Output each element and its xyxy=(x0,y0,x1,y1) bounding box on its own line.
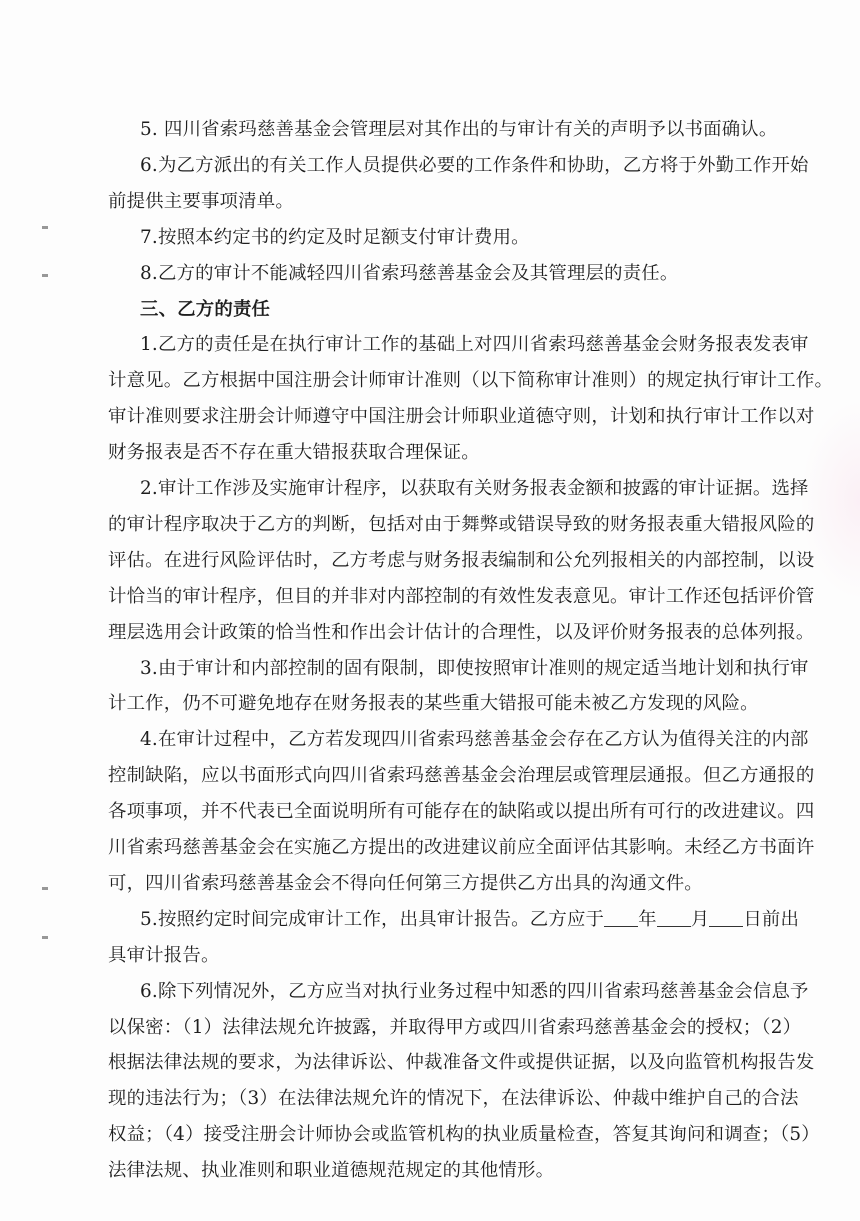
binding-mark xyxy=(42,226,48,229)
month-blank[interactable] xyxy=(657,910,691,927)
text-line: 6.为乙方派出的有关工作人员提供必要的工作条件和协助，乙方将于外勤工作开始 xyxy=(140,148,809,184)
text-line: 审计准则要求注册会计师遵守中国注册会计师职业道德守则，计划和执行审计工作以对 xyxy=(108,399,814,435)
deadline-prefix: 5.按照约定时间完成审计工作，出具审计报告。乙方应于 xyxy=(140,909,604,930)
day-blank[interactable] xyxy=(709,910,743,927)
text-line: 8.乙方的审计不能减轻四川省索玛慈善基金会及其管理层的责任。 xyxy=(140,256,679,292)
text-line: 具审计报告。 xyxy=(108,938,220,974)
text-line: 4.在审计过程中，乙方若发现四川省索玛慈善基金会存在乙方认为值得关注的内部 xyxy=(140,722,809,758)
text-line: 理层选用会计政策的恰当性和作出会计估计的合理性，以及评价财务报表的总体列报。 xyxy=(108,615,814,651)
binding-mark xyxy=(42,936,48,939)
text-line: 财务报表是否不存在重大错报获取合理保证。 xyxy=(108,435,480,471)
text-line: 各项事项，并不代表已全面说明所有可能存在的缺陷或以提出所有可行的改进建议。四 xyxy=(108,794,814,830)
text-line: 可，四川省索玛慈善基金会不得向任何第三方提供乙方出具的沟通文件。 xyxy=(108,866,703,902)
text-line: 根据法律法规的要求，为法律诉讼、仲裁准备文件或提供证据，以及向监管机构报告发 xyxy=(108,1045,814,1081)
month-label: 月 xyxy=(691,909,710,930)
binding-mark xyxy=(42,274,48,277)
text-line: 7.按照本约定书的约定及时足额支付审计费用。 xyxy=(140,220,530,256)
text-line: 计恰当的审计程序，但目的并非对内部控制的有效性发表意见。审计工作还包括评价管 xyxy=(108,579,814,615)
text-line: 现的违法行为；（3）在法律法规允许的情况下，在法律诉讼、仲裁中维护自己的合法 xyxy=(108,1081,799,1117)
year-blank[interactable] xyxy=(604,910,638,927)
text-line: 的审计程序取决于乙方的判断，包括对由于舞弊或错误导致的财务报表重大错报风险的 xyxy=(108,507,814,543)
text-line: 川省索玛慈善基金会在实施乙方提出的改进建议前应全面评估其影响。未经乙方书面许 xyxy=(108,830,814,866)
deadline-line: 5.按照约定时间完成审计工作，出具审计报告。乙方应于年月日前出 xyxy=(140,902,799,938)
text-line: 6.除下列情况外，乙方应当对执行业务过程中知悉的四川省索玛慈善基金会信息予 xyxy=(140,974,809,1010)
text-line: 计工作，仍不可避免地存在财务报表的某些重大错报可能未被乙方发现的风险。 xyxy=(108,686,759,722)
text-line: 权益；（4）接受注册会计师协会或监管机构的执业质量检查，答复其询问和调查；（5） xyxy=(108,1117,820,1153)
text-line: 评估。在进行风险评估时，乙方考虑与财务报表编制和公允列报相关的内部控制，以设 xyxy=(108,543,814,579)
text-line: 以保密：（1）法律法规允许披露，并取得甲方或四川省索玛慈善基金会的授权；（2） xyxy=(108,1010,801,1046)
text-line: 法律法规、执业准则和职业道德规范规定的其他情形。 xyxy=(108,1153,554,1189)
text-line: 5. 四川省索玛慈善基金会管理层对其作出的与审计有关的声明予以书面确认。 xyxy=(140,112,777,148)
day-label: 日前出 xyxy=(743,909,799,930)
binding-mark xyxy=(42,887,48,890)
text-line: 2.审计工作涉及实施审计程序，以获取有关财务报表金额和披露的审计证据。选择 xyxy=(140,471,809,507)
text-line: 1.乙方的责任是在执行审计工作的基础上对四川省索玛慈善基金会财务报表发表审 xyxy=(140,327,809,363)
text-line: 前提供主要事项清单。 xyxy=(108,184,294,220)
text-line: 3.由于审计和内部控制的固有限制，即使按照审计准则的规定适当地计划和执行审 xyxy=(140,651,809,687)
text-line: 计意见。乙方根据中国注册会计师审计准则（以下简称审计准则）的规定执行审计工作。 xyxy=(108,363,833,399)
text-line: 控制缺陷，应以书面形式向四川省索玛慈善基金会治理层或管理层通报。但乙方通报的 xyxy=(108,758,814,794)
section-heading: 三、乙方的责任 xyxy=(140,292,270,328)
year-label: 年 xyxy=(638,909,657,930)
